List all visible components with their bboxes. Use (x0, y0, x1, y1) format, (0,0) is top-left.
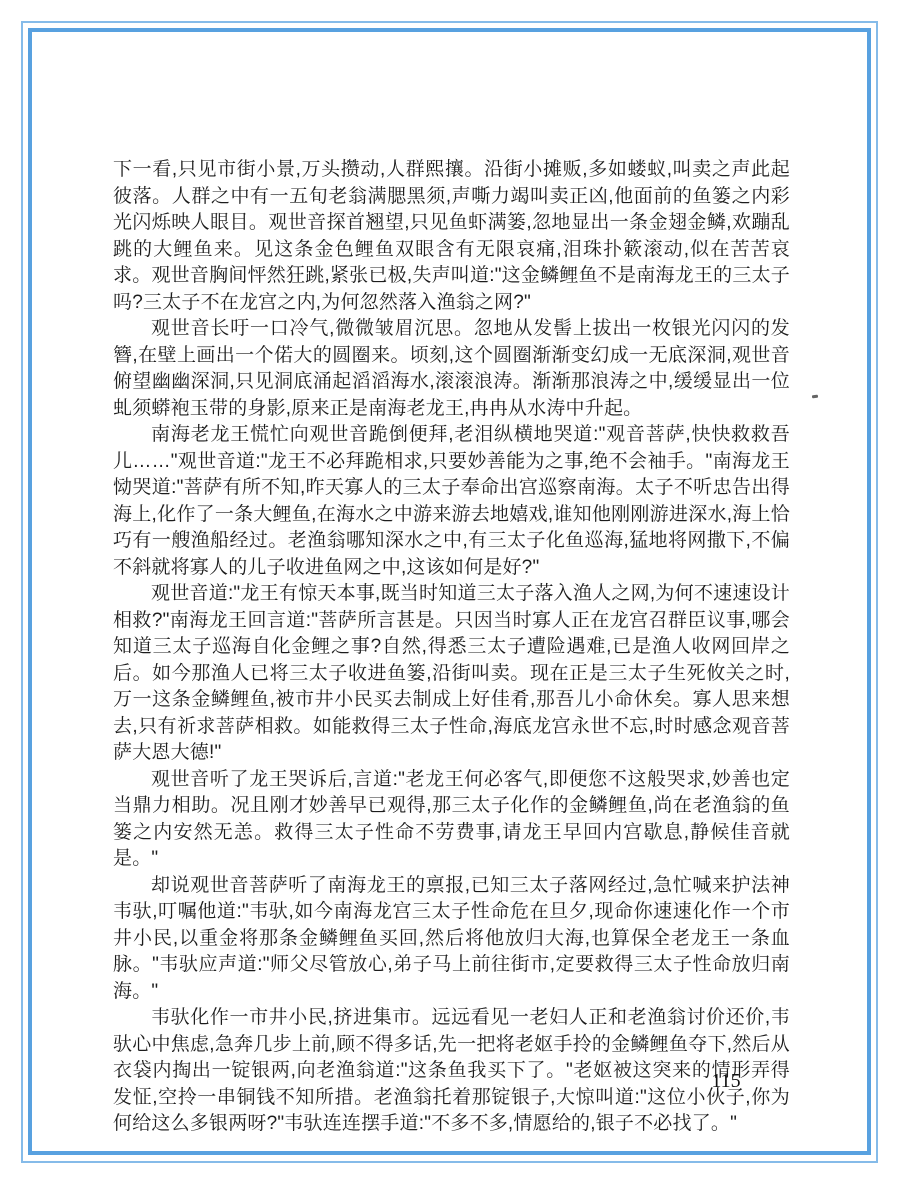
print-speck (812, 395, 818, 399)
book-page: 下一看,只见市街小景,万头攒动,人群熙攘。沿街小摊贩,多如蝼蚁,叫卖之声此起彼落… (0, 0, 900, 1184)
paragraph: 南海老龙王慌忙向观世音跪倒便拜,老泪纵横地哭道:"观音菩萨,快快救救吾儿……"观… (113, 422, 790, 581)
paragraph: 观世音道:"龙王有惊天本事,既当时知道三太子落入渔人之网,为何不速速设计相救?"… (113, 581, 790, 767)
page-number: 115 (706, 1070, 746, 1093)
paragraph-continuation: 下一看,只见市街小景,万头攒动,人群熙攘。沿街小摊贩,多如蝼蚁,叫卖之声此起彼落… (113, 157, 790, 316)
paragraph: 韦驮化作一市井小民,挤进集市。远远看见一老妇人正和老渔翁讨价还价,韦驮心中焦虑,… (113, 1005, 790, 1138)
paragraph: 观世音听了龙王哭诉后,言道:"老龙王何必客气,即便您不这般哭求,妙善也定当鼎力相… (113, 767, 790, 873)
paragraph: 观世音长吁一口冷气,微微皱眉沉思。忽地从发髻上拔出一枚银光闪闪的发簪,在壁上画出… (113, 316, 790, 422)
paragraph: 却说观世音菩萨听了南海龙王的禀报,已知三太子落网经过,急忙喊来护法神韦驮,叮嘱他… (113, 873, 790, 1006)
text-block: 下一看,只见市街小景,万头攒动,人群熙攘。沿街小摊贩,多如蝼蚁,叫卖之声此起彼落… (113, 157, 790, 1138)
